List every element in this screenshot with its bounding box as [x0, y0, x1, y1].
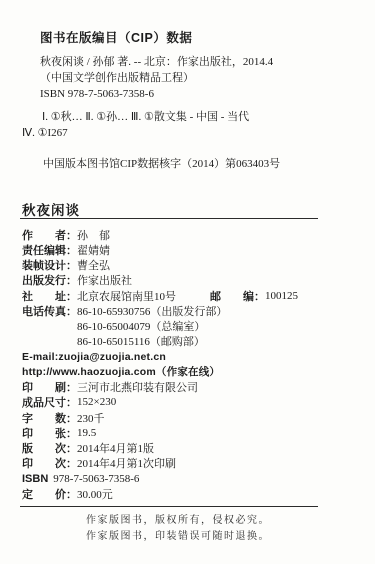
impression-label: 印 次： — [22, 455, 77, 471]
size-value: 152×230 — [77, 396, 116, 408]
isbn-label: ISBN — [22, 473, 48, 485]
info-row-designer: 装帧设计： 曹全弘 — [22, 258, 352, 273]
website-suffix: （作家在线） — [156, 364, 220, 379]
info-row-address: 社 址： 北京农展馆南里10号 邮 编： 100125 — [22, 288, 352, 303]
info-row-word-count: 字 数： 230千 — [22, 410, 352, 425]
isbn-value: 978-7-5063-7358-6 — [53, 473, 139, 485]
sheets-label: 印 张： — [22, 425, 77, 441]
cip-series-line: （中国文学创作出版精品工程） — [40, 70, 340, 86]
info-row-phone-2: 86-10-65004079（总编室） — [22, 319, 352, 334]
sheets-value: 19.5 — [77, 427, 96, 439]
postcode-value: 100125 — [265, 290, 298, 302]
info-row-impression: 印 次： 2014年4月第1次印刷 — [22, 456, 352, 471]
info-row-publisher: 出版发行： 作家出版社 — [22, 273, 352, 288]
copyright-page: 图书在版编目（CIP）数据 秋夜闲谈 / 孙郁 著. -- 北京：作家出版社，2… — [0, 0, 375, 564]
info-row-email: E-mail:zuojia@zuojia.net.cn — [22, 349, 352, 364]
cip-classification-line2: Ⅳ. ①I267 — [22, 126, 342, 142]
info-row-sheets: 印 张： 19.5 — [22, 425, 352, 440]
phone-fax-value: 86-10-65930756（出版发行部） — [77, 303, 227, 319]
website-url: http://www.haozuojia.com — [22, 366, 156, 378]
address-value: 北京农展馆南里10号 — [77, 288, 176, 304]
printer-label: 印 刷： — [22, 379, 77, 395]
author-label: 作 者： — [22, 227, 77, 243]
info-row-editor: 责任编辑： 翟婧婧 — [22, 242, 352, 257]
cip-classification-line1: Ⅰ. ①秋… Ⅱ. ①孙… Ⅲ. ①散文集 - 中国 - 当代 — [22, 110, 342, 126]
info-row-price: 定 价： 30.00元 — [22, 486, 352, 501]
edition-value: 2014年4月第1版 — [77, 440, 154, 456]
phone-fax-label: 电话传真： — [22, 303, 77, 319]
word-count-label: 字 数： — [22, 410, 77, 426]
author-value: 孙 郁 — [77, 227, 110, 243]
publisher-value: 作家出版社 — [77, 272, 132, 288]
info-row-size: 成品尺寸： 152×230 — [22, 395, 352, 410]
edition-label: 版 次： — [22, 440, 77, 456]
cip-entry-line: 秋夜闲谈 / 孙郁 著. -- 北京：作家出版社，2014.4 — [40, 54, 340, 70]
cip-classification: Ⅰ. ①秋… Ⅱ. ①孙… Ⅲ. ①散文集 - 中国 - 当代 Ⅳ. ①I267 — [22, 110, 342, 141]
info-row-printer: 印 刷： 三河市北燕印装有限公司 — [22, 380, 352, 395]
return-notice: 作家版图书，印装错误可随时退换。 — [86, 529, 270, 545]
price-value: 30.00元 — [77, 486, 113, 502]
cip-heading: 图书在版编目（CIP）数据 — [40, 31, 340, 45]
impression-value: 2014年4月第1次印刷 — [77, 455, 176, 471]
editor-label: 责任编辑： — [22, 242, 77, 258]
info-row-phone-fax: 电话传真： 86-10-65930756（出版发行部） — [22, 303, 352, 318]
info-row-isbn: ISBN 978-7-5063-7358-6 — [22, 471, 352, 486]
email-address: E-mail:zuojia@zuojia.net.cn — [22, 351, 166, 363]
footer-notes: 作家版图书，版权所有，侵权必究。 作家版图书，印装错误可随时退换。 — [86, 513, 270, 544]
info-row-author: 作 者： 孙 郁 — [22, 227, 352, 242]
info-row-edition: 版 次： 2014年4月第1版 — [22, 441, 352, 456]
phone-3-value: 86-10-65015116（邮购部） — [77, 333, 205, 349]
cip-block: 图书在版编目（CIP）数据 秋夜闲谈 / 孙郁 著. -- 北京：作家出版社，2… — [40, 31, 340, 102]
copyright-notice: 作家版图书，版权所有，侵权必究。 — [86, 513, 270, 529]
footer-divider — [20, 506, 318, 507]
size-label: 成品尺寸： — [22, 394, 77, 410]
info-row-website: http://www.haozuojia.com （作家在线） — [22, 364, 352, 379]
printer-value: 三河市北燕印装有限公司 — [77, 379, 198, 395]
designer-value: 曹全弘 — [77, 257, 110, 273]
postcode-label: 邮 编： — [210, 288, 265, 304]
cip-registry-line: 中国版本图书馆CIP数据核字（2014）第063403号 — [43, 157, 280, 171]
word-count-value: 230千 — [77, 410, 105, 426]
publisher-label: 出版发行： — [22, 272, 77, 288]
title-divider — [20, 218, 318, 219]
address-label: 社 址： — [22, 288, 77, 304]
info-row-phone-3: 86-10-65015116（邮购部） — [22, 334, 352, 349]
editor-value: 翟婧婧 — [77, 242, 110, 258]
phone-2-value: 86-10-65004079（总编室） — [77, 318, 205, 334]
designer-label: 装帧设计： — [22, 257, 77, 273]
cip-isbn-line: ISBN 978-7-5063-7358-6 — [40, 86, 340, 102]
price-label: 定 价： — [22, 486, 77, 502]
publication-info-table: 作 者： 孙 郁 责任编辑： 翟婧婧 装帧设计： 曹全弘 出版发行： 作家出版社… — [22, 227, 352, 502]
book-title: 秋夜闲谈 — [22, 199, 80, 219]
